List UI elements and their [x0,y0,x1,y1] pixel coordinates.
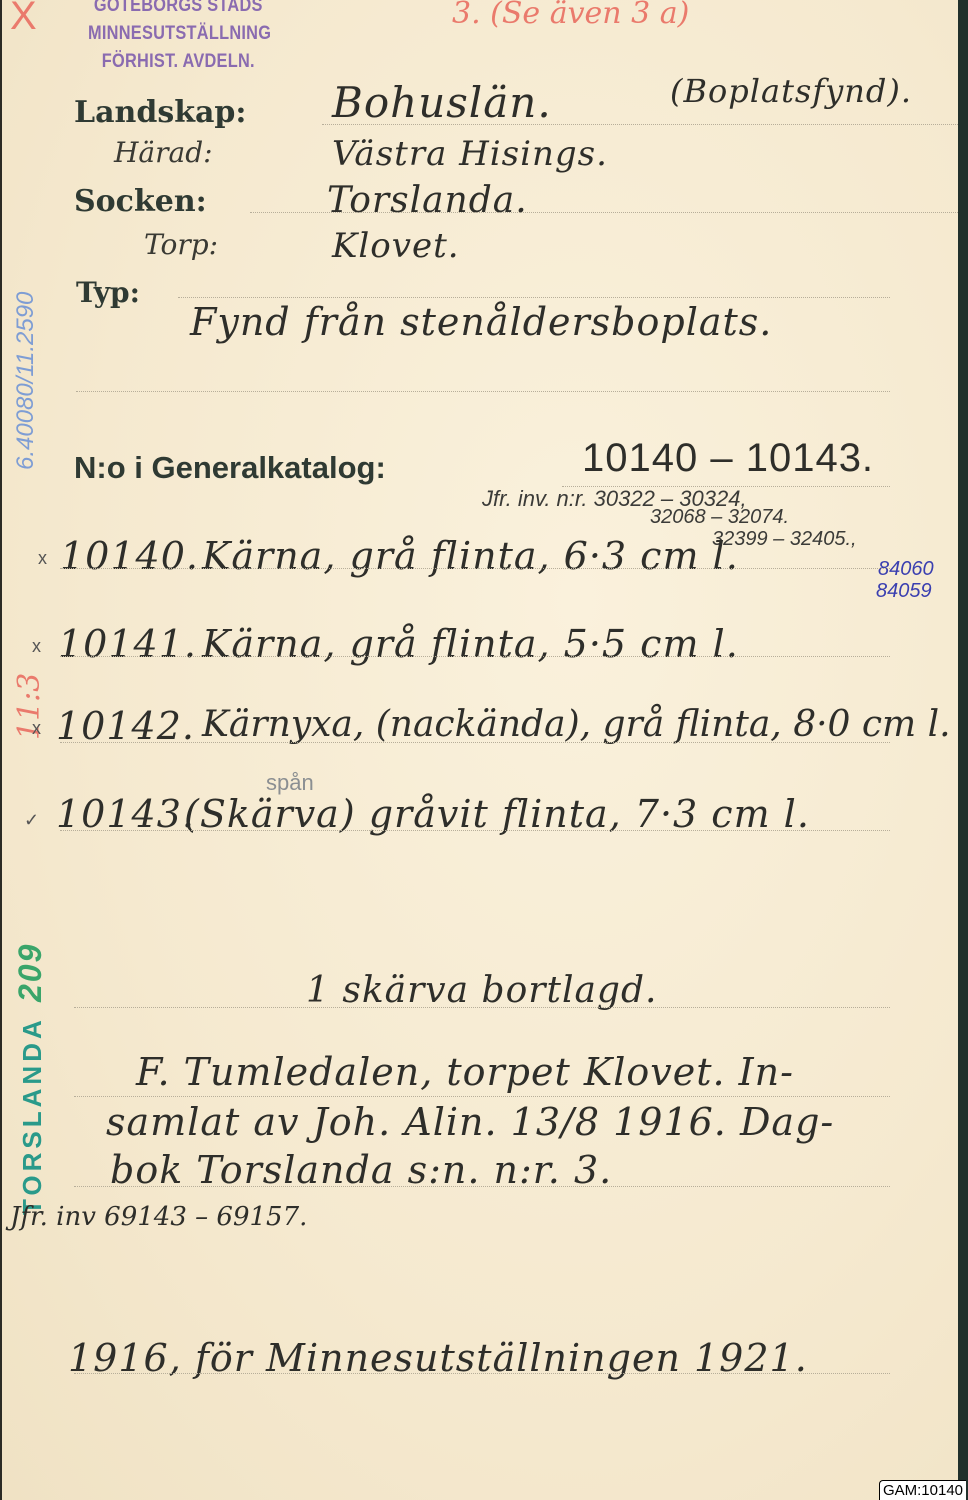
dotted-line [74,1373,890,1374]
stamp-line: MINNESUTSTÄLLNING [88,20,269,48]
item-number: 10141. [58,622,197,666]
katalog-value: 10140 – 10143. [582,436,874,481]
dotted-line [178,297,890,298]
provenance-line-1: F. Tumledalen, torpet Klovet. In- [136,1050,794,1094]
blue-ref-line-1: 84060 [878,558,934,581]
red-margin-note: 11:3 [12,673,47,740]
removed-note: 1 skärva bortlagd. [306,970,657,1011]
dotted-line [76,391,890,392]
museum-stamp: GÖTEBORGS STADS MINNESUTSTÄLLNING FÖRHIS… [88,0,269,76]
dotted-line [74,1007,890,1008]
dotted-line [74,1096,890,1097]
landskap-value: Bohuslän. [332,78,552,127]
dotted-line [322,124,962,125]
socken-label: Socken: [74,184,207,219]
stamp-line: GÖTEBORGS STADS [88,0,269,20]
check-mark: x [32,636,41,657]
blue-vertical-number: 6.40080/11.2590 [12,292,40,470]
socken-value: Torslanda. [327,180,528,221]
torp-value: Klovet. [332,226,460,266]
check-mark: x [38,548,47,569]
landskap-extra: (Boplatsfynd). [670,72,912,110]
dotted-line [60,656,890,657]
torp-label: Torp: [144,228,218,261]
dotted-line [250,212,962,213]
check-mark: x [32,718,41,739]
dotted-line [60,830,890,831]
harad-label: Härad: [114,136,213,169]
item-number: 10140. [60,534,199,578]
item-text: Kärnyxa, (nackända), grå flinta, 8·0 cm … [202,704,951,745]
item-text: Kärna, grå flinta, 5·5 cm l. [202,622,739,666]
typ-label: Typ: [76,276,140,309]
card-edge [958,0,968,1500]
item-text: Kärna, grå flinta, 6·3 cm l. [202,534,739,578]
katalog-label: N:o i Generalkatalog: [74,450,386,486]
dotted-line [74,1186,890,1187]
provenance-line-2: samlat av Joh. Alin. 13/8 1916. Dag- [106,1100,834,1144]
catalog-id-label: GAM:10140 [879,1480,966,1500]
cross-ref-line-2: 32068 – 32074. [650,506,789,529]
torslanda-number: 209 [12,943,48,1002]
torslanda-stamp: TORSLANDA 209 [12,943,49,1215]
blue-ref-line-2: 84059 [876,580,932,603]
red-x-mark: X [10,0,37,39]
jfr-inv-note: Jfr. inv 69143 – 69157. [10,1202,307,1232]
dotted-line [60,568,890,569]
typ-value: Fynd från stenåldersboplats. [190,300,772,344]
harad-value: Västra Hisings. [332,134,608,174]
check-mark: ✓ [24,810,39,831]
landskap-label: Landskap: [74,95,247,130]
catalog-card: GÖTEBORGS STADS MINNESUTSTÄLLNING FÖRHIS… [0,0,960,1500]
dotted-line [60,742,890,743]
stamp-line: FÖRHIST. AVDELN. [88,48,269,76]
torslanda-label: TORSLANDA [17,1017,47,1215]
red-top-note: 3. (Se även 3 a) [452,0,689,31]
